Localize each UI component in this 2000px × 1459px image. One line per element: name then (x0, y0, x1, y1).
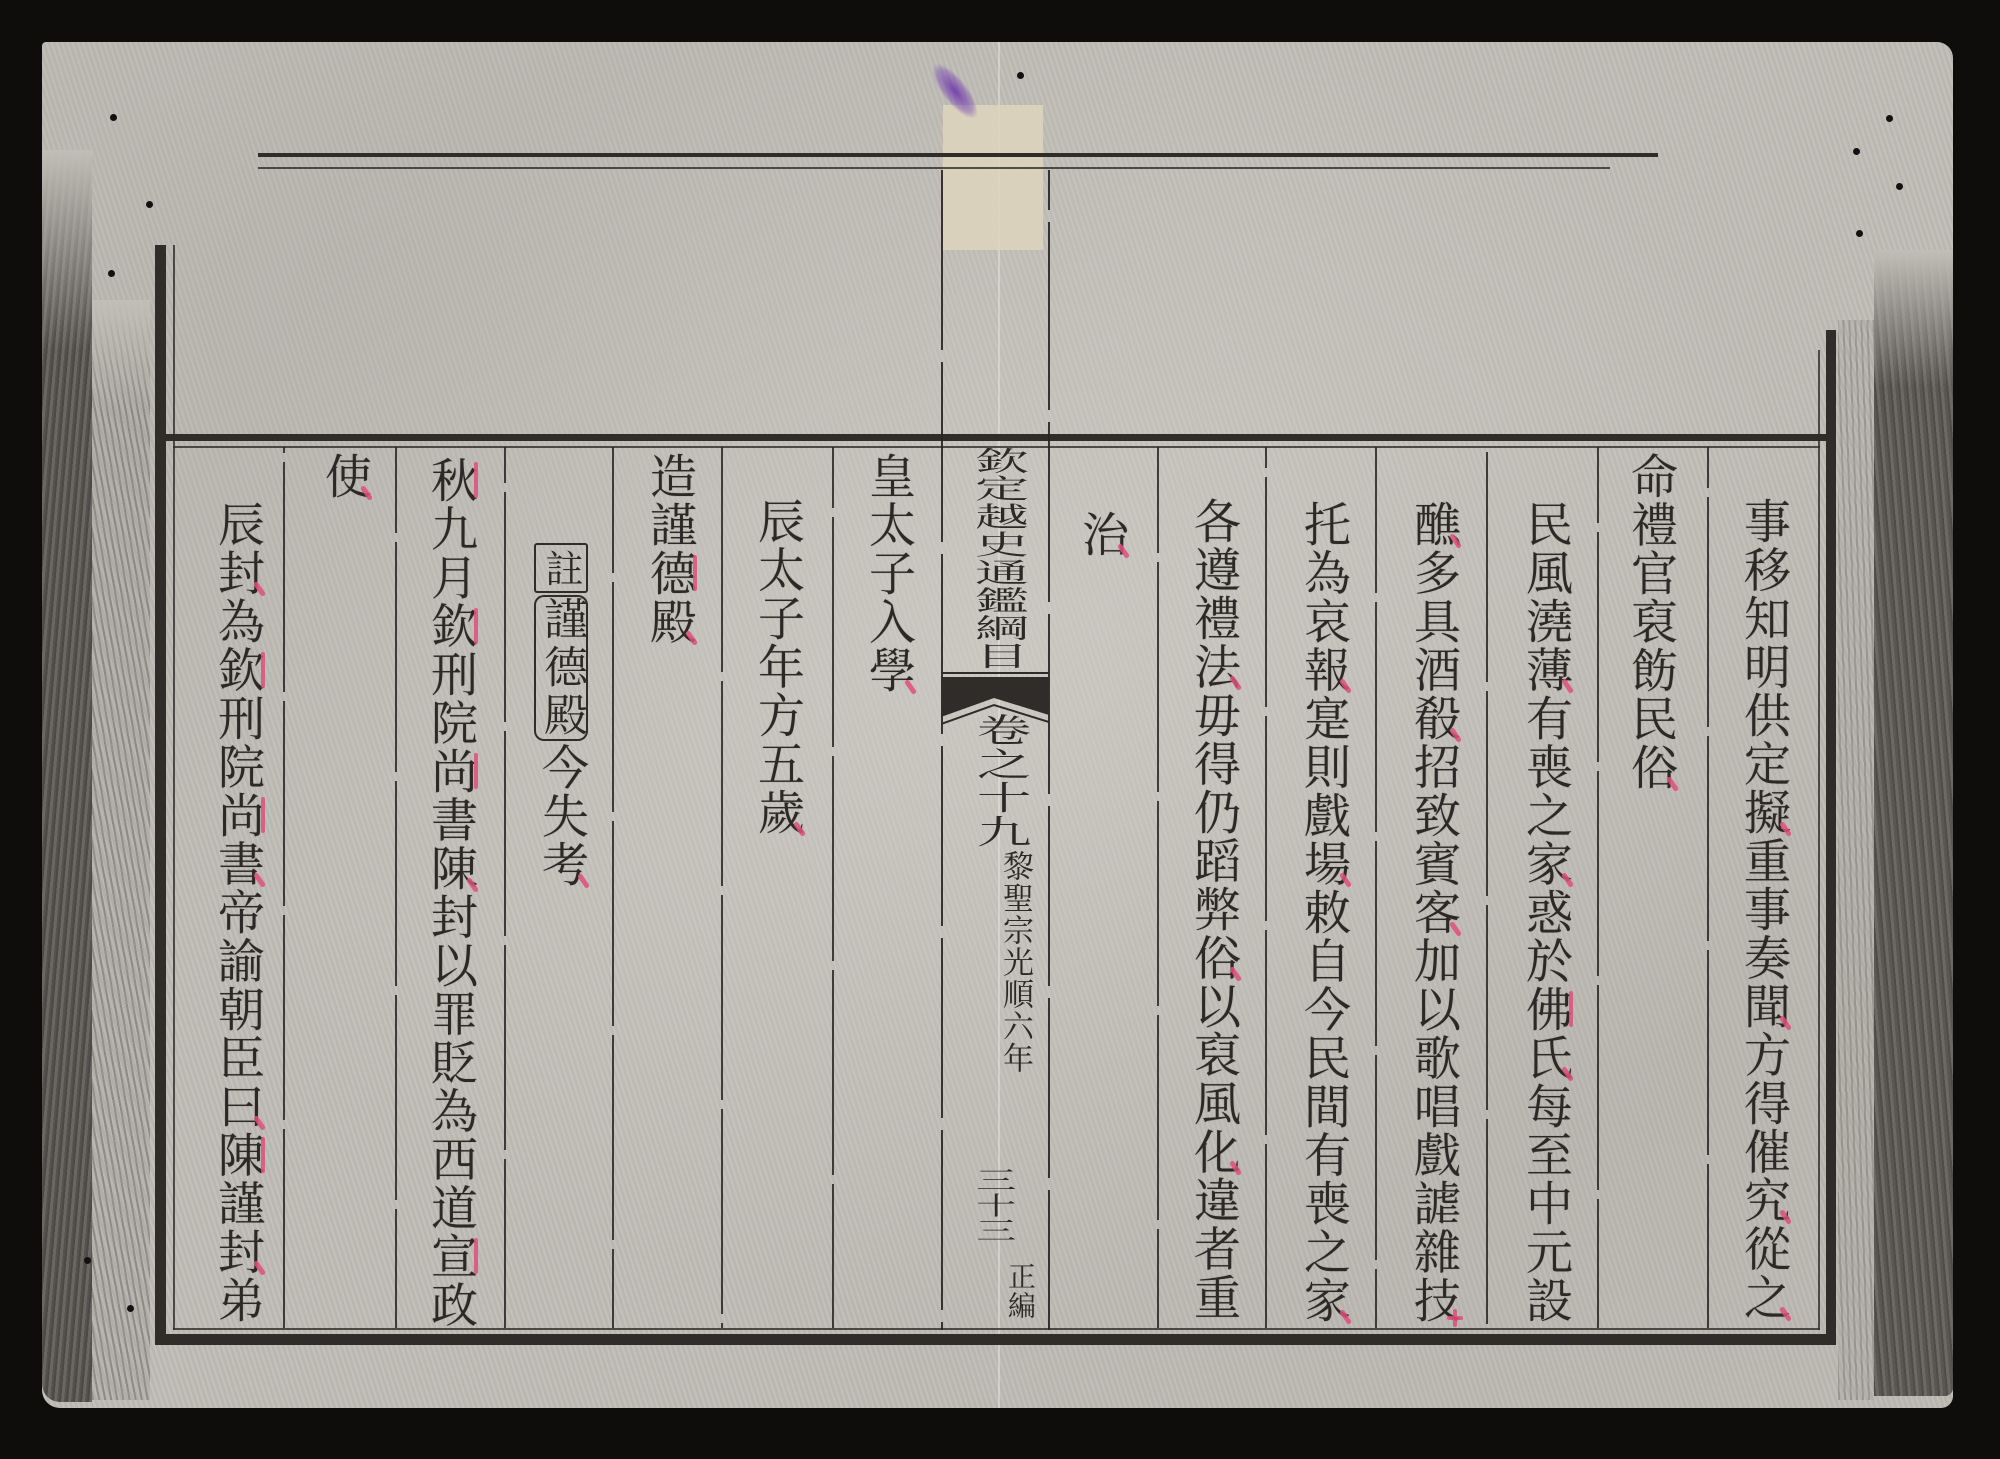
heading-column: 皇太子入學 (858, 452, 918, 695)
frame-right-thin (1818, 350, 1820, 1330)
banner-reign: 黎聖宗光順六年 (995, 850, 1035, 1074)
frame-left-thick (155, 245, 166, 1345)
column-divider (832, 447, 834, 1328)
repair-patch (943, 105, 1043, 250)
frame-right-thick (1826, 330, 1836, 1345)
column-divider (395, 447, 397, 1328)
worm-hole (1896, 183, 1903, 190)
column-divider (283, 447, 285, 1328)
reign-year: 黎聖宗光順六年 (995, 850, 1035, 1074)
worm-hole (84, 1257, 91, 1264)
worm-hole (146, 201, 153, 208)
book-title: 欽定越史通鑑綱目 (941, 447, 1049, 670)
frame-bottom-thick (155, 1334, 1836, 1345)
worm-hole (127, 1305, 134, 1312)
column-text: 皇太子入學 (858, 452, 918, 695)
column-text: 托為哀報寔則戲場敕自今民間有喪之家 (1293, 500, 1353, 1325)
text-column: 各遵禮法毋得仍蹈弊俗以裒風化違者重 (1183, 497, 1243, 1322)
top-rule-thin (258, 167, 1610, 169)
column-divider (1597, 447, 1599, 1328)
column-text: 秋九月欽刑院尚書陳封以罪貶為西道宣政 (420, 456, 480, 1329)
punctuation-mark (261, 1137, 265, 1173)
worm-hole (1853, 148, 1860, 155)
punctuation-mark (693, 555, 697, 591)
punctuation-mark (474, 608, 478, 644)
text-column: 民風澆薄有喪之家惑於佛氏每至中元設 (1515, 500, 1575, 1325)
heading-column: 秋九月欽刑院尚書陳封以罪貶為西道宣政 (420, 456, 480, 1329)
text-column: 辰封為欽刑院尚書帝諭朝臣曰陳謹封弟 (207, 500, 267, 1325)
annotation-text: 今失考 (531, 743, 591, 889)
column-divider (721, 447, 723, 1328)
worm-hole (110, 114, 117, 121)
column-text: 命禮官裒飭民俗 (1620, 452, 1680, 792)
worm-hole (108, 270, 115, 277)
punctuation-mark (1453, 1309, 1457, 1327)
column-divider (1157, 447, 1159, 1328)
annotation-term-box: 謹德殿 (534, 595, 588, 741)
banner-volume: 卷之十九 (973, 713, 1027, 848)
ink-smudge-right-edge (1874, 250, 1953, 1396)
column-text: 民風澆薄有喪之家惑於佛氏每至中元設 (1515, 500, 1575, 1325)
banner-page-number: 三十三 (973, 1167, 1013, 1243)
heading-column: 命禮官裒飭民俗 (1620, 452, 1680, 792)
column-divider (1265, 447, 1267, 1328)
column-text: 辰封為欽刑院尚書帝諭朝臣曰陳謹封弟 (207, 500, 267, 1325)
text-column: 使 (314, 452, 374, 501)
banner-right-line (1048, 170, 1050, 1330)
worm-hole (1856, 230, 1863, 237)
annotation-column: 註 謹德殿 今失考 (531, 543, 591, 889)
column-text: 事移知明供定擬重事奏聞方得催究從之 (1733, 497, 1793, 1322)
column-text: 辰太子年方五歲 (747, 497, 807, 837)
worm-hole (1886, 115, 1893, 122)
frame-top-thick (155, 434, 1836, 441)
column-text: 今失考 (531, 743, 591, 889)
page-number: 三十三 (961, 1167, 1025, 1243)
text-column: 事移知明供定擬重事奏聞方得催究從之 (1733, 497, 1793, 1322)
punctuation-mark (261, 797, 265, 833)
banner-title: 欽定越史通鑑綱目 (968, 447, 1022, 670)
section-label: 正編 (1000, 1262, 1040, 1320)
frame-left-thin (173, 245, 175, 1330)
annotation-label-box: 註 (534, 543, 588, 593)
banner-left-line (941, 170, 943, 1330)
ink-smudge-left-inner (92, 300, 150, 1400)
column-divider (1375, 447, 1377, 1328)
text-column: 治 (1071, 510, 1131, 559)
text-column: 辰太子年方五歲 (747, 497, 807, 837)
punctuation-mark (474, 1238, 478, 1274)
punctuation-mark (474, 753, 478, 789)
worm-hole (1017, 72, 1024, 79)
punctuation-mark (474, 462, 478, 498)
ink-smudge-right-inner (1838, 320, 1874, 1400)
column-divider (612, 447, 614, 1328)
column-text: 各遵禮法毋得仍蹈弊俗以裒風化違者重 (1183, 497, 1243, 1322)
heading-column: 造謹德殿 (639, 452, 699, 646)
column-text: 造謹德殿 (639, 452, 699, 646)
punctuation-mark (1569, 991, 1573, 1027)
column-divider (504, 447, 506, 1328)
volume-number: 卷之十九 (955, 713, 1044, 848)
column-divider (1707, 447, 1709, 1328)
text-column: 醮多具酒殽招致賓客加以歌唱戲謔雜技 (1403, 500, 1463, 1325)
punctuation-mark (261, 652, 265, 688)
banner-section: 正編 (1000, 1262, 1040, 1320)
column-divider (1486, 447, 1488, 1328)
ink-smudge-left-edge (42, 150, 92, 1402)
column-text: 醮多具酒殽招致賓客加以歌唱戲謔雜技 (1403, 500, 1463, 1325)
top-rule-thick (258, 153, 1658, 157)
text-column: 托為哀報寔則戲場敕自今民間有喪之家 (1293, 500, 1353, 1325)
